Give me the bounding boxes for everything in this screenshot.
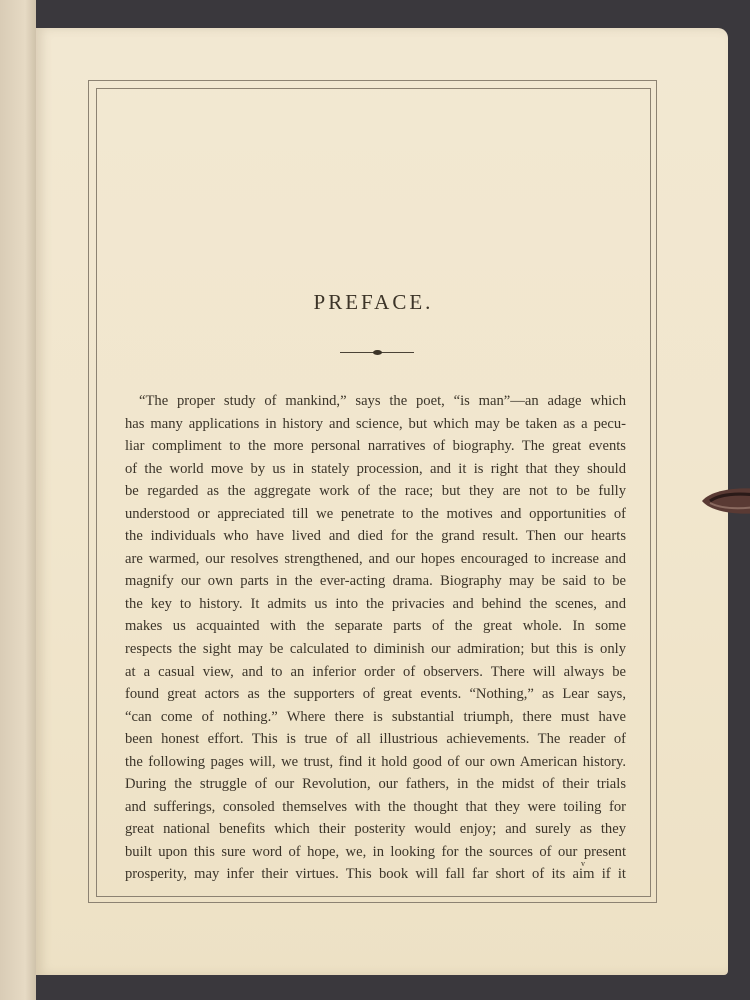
text-line: built upon this sure word of hope, we, i… xyxy=(125,841,626,864)
text-line: respects the sight may be calculated to … xyxy=(125,638,626,661)
text-line: liar compliment to the more personal nar… xyxy=(125,435,626,458)
text-line: are warmed, our resolves strengthened, a… xyxy=(125,548,626,571)
book-page: PREFACE. “The proper study of mankind,” … xyxy=(36,28,728,975)
text-line: the following pages will, we trust, find… xyxy=(125,751,626,774)
text-line: found great actors as the supporters of … xyxy=(125,683,626,706)
preface-paragraph: “The proper study of mankind,” says the … xyxy=(125,390,626,886)
text-line: of the world move by us in stately proce… xyxy=(125,458,626,481)
ornament-rule-icon xyxy=(340,351,414,354)
text-line: understood or appreciated till we penetr… xyxy=(125,503,626,526)
text-line: magnify our own parts in the ever-acting… xyxy=(125,570,626,593)
text-line: “The proper study of mankind,” says the … xyxy=(125,390,626,413)
bookmark-ribbon-icon xyxy=(700,485,750,517)
text-line: prosperity, may infer their virtues. Thi… xyxy=(125,863,626,886)
text-line: During the struggle of our Revolution, o… xyxy=(125,773,626,796)
book-cover-edge xyxy=(0,0,36,1000)
text-line: been honest effort. This is true of all … xyxy=(125,728,626,751)
text-line: the key to history. It admits us into th… xyxy=(125,593,626,616)
text-line: at a casual view, and to an inferior ord… xyxy=(125,661,626,684)
signature-mark: v xyxy=(581,859,585,868)
text-line: and sufferings, consoled themselves with… xyxy=(125,796,626,819)
text-line: be regarded as the aggregate work of the… xyxy=(125,480,626,503)
page-title: PREFACE. xyxy=(96,290,651,315)
text-line: great national benefits which their post… xyxy=(125,818,626,841)
text-line: “can come of nothing.” Where there is su… xyxy=(125,706,626,729)
text-line: has many applications in history and sci… xyxy=(125,413,626,436)
text-line: the individuals who have lived and died … xyxy=(125,525,626,548)
text-line: makes us acquainted with the separate pa… xyxy=(125,615,626,638)
